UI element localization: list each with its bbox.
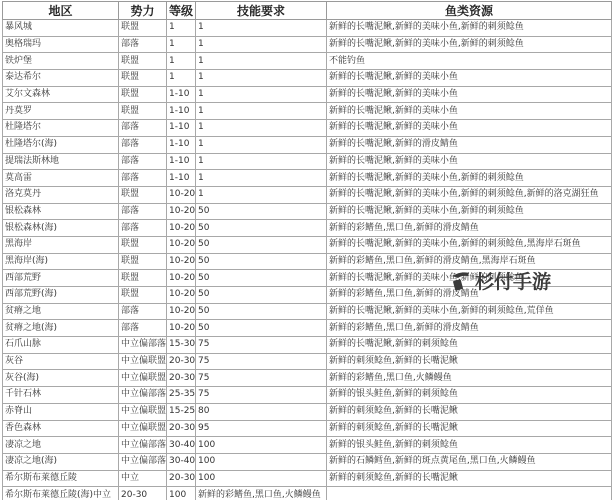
table-row: 凄凉之地中立偏部落30-40100新鲜的银头鲑鱼,新鲜的刺须鲶鱼	[3, 437, 612, 454]
cell-region: 凄凉之地	[3, 437, 119, 454]
cell-region: 丹莫罗	[3, 103, 119, 120]
cell-level: 10-20	[167, 186, 196, 203]
cell-fish: 新鲜的长嘴泥鳅,新鲜的美味小鱼	[327, 120, 612, 137]
cell-level: 1	[167, 36, 196, 53]
table-row: 香色森林中立偏联盟20-3095新鲜的刺须鲶鱼,新鲜的长嘴泥鳅	[3, 420, 612, 437]
cell-level: 1-10	[167, 170, 196, 187]
cell-level: 25-35	[167, 387, 196, 404]
cell-fish: 不能钓鱼	[327, 53, 612, 70]
cell-level: 1	[167, 70, 196, 87]
cell-fish: 新鲜的长嘴泥鳅,新鲜的美味小鱼,新鲜的刺须鲶鱼	[327, 36, 612, 53]
cell-level: 1-10	[167, 153, 196, 170]
cell-fish: 新鲜的刺须鲶鱼,新鲜的长嘴泥鳅	[327, 353, 612, 370]
cell-faction: 联盟	[119, 103, 167, 120]
cell-region: 西部荒野(海)	[3, 287, 119, 304]
cell-faction: 联盟	[119, 253, 167, 270]
cell-faction: 部落	[119, 136, 167, 153]
cell-skill: 1	[196, 20, 327, 37]
cell-skill: 50	[196, 236, 327, 253]
cell-level: 10-20	[167, 287, 196, 304]
cell-region: 银松森林	[3, 203, 119, 220]
cell-fish: 新鲜的长嘴泥鳅,新鲜的美味小鱼,新鲜的刺须鲶鱼,新鲜的洛克湖狂鱼	[327, 186, 612, 203]
header-level: 等级	[167, 2, 196, 20]
cell-faction: 联盟	[119, 86, 167, 103]
cell-fish: 新鲜的石鳞鳕鱼,新鲜的斑点黄尾鱼,黑口鱼,火鳞鳗鱼	[327, 453, 612, 470]
table-row: 灰谷(海)中立偏联盟20-3075新鲜的彩鳍鱼,黑口鱼,火鳞鳗鱼	[3, 370, 612, 387]
cell-fish: 新鲜的长嘴泥鳅,新鲜的美味小鱼	[327, 153, 612, 170]
cell-fish: 新鲜的刺须鲶鱼,新鲜的长嘴泥鳅	[327, 420, 612, 437]
cell-fish: 新鲜的长嘴泥鳅,新鲜的滑皮鲭鱼	[327, 136, 612, 153]
cell-faction: 部落	[119, 203, 167, 220]
table-row: 莫高雷部落1-101新鲜的长嘴泥鳅,新鲜的美味小鱼,新鲜的刺须鲶鱼	[3, 170, 612, 187]
cell-faction: 部落	[119, 220, 167, 237]
table-row: 千针石林中立偏部落25-3575新鲜的银头鲑鱼,新鲜的刺须鲶鱼	[3, 387, 612, 404]
cell-fish: 新鲜的彩鳍鱼,黑口鱼,火鳞鳗鱼	[327, 370, 612, 387]
cell-region: 千针石林	[3, 387, 119, 404]
cell-faction: 联盟	[119, 287, 167, 304]
cell-faction: 联盟	[119, 236, 167, 253]
cell-fish: 新鲜的银头鲑鱼,新鲜的刺须鲶鱼	[327, 387, 612, 404]
table-row: 杜隆塔尔部落1-101新鲜的长嘴泥鳅,新鲜的美味小鱼	[3, 120, 612, 137]
cell-skill: 50	[196, 303, 327, 320]
cell-level: 10-20	[167, 303, 196, 320]
cell-skill: 80	[196, 403, 327, 420]
cell-faction: 中立	[119, 470, 167, 487]
cell-fish: 新鲜的彩鳍鱼,黑口鱼,新鲜的滑皮鲭鱼	[327, 287, 612, 304]
cell-skill: 1	[196, 153, 327, 170]
cell-skill: 50	[196, 320, 327, 337]
cell-skill: 100	[196, 470, 327, 487]
cell-region: 暴风城	[3, 20, 119, 37]
table-row: 西部荒野联盟10-2050新鲜的长嘴泥鳅,新鲜的美味小鱼,新鲜的刺须鲶鱼	[3, 270, 612, 287]
cell-fish: 新鲜的长嘴泥鳅,新鲜的美味小鱼,新鲜的刺须鲶鱼	[327, 20, 612, 37]
cell-level: 100	[167, 487, 196, 500]
cell-skill: 50	[196, 253, 327, 270]
cell-faction: 中立偏联盟	[119, 403, 167, 420]
cell-level: 20-30	[167, 353, 196, 370]
cell-faction: 部落	[119, 120, 167, 137]
cell-skill: 75	[196, 337, 327, 354]
cell-level: 15-25	[167, 403, 196, 420]
fishing-resources-table: 地区 势力 等级 技能要求 鱼类资源 暴风城联盟11新鲜的长嘴泥鳅,新鲜的美味小…	[2, 1, 612, 500]
cell-skill: 1	[196, 186, 327, 203]
cell-region: 提瑞法斯林地	[3, 153, 119, 170]
cell-region: 希尔斯布莱德丘陵(海)中立	[3, 487, 119, 500]
cell-region: 洛克莫丹	[3, 186, 119, 203]
cell-faction: 中立偏联盟	[119, 353, 167, 370]
cell-region: 铁炉堡	[3, 53, 119, 70]
cell-skill: 1	[196, 70, 327, 87]
cell-fish: 新鲜的银头鲑鱼,新鲜的刺须鲶鱼	[327, 437, 612, 454]
cell-level: 30-40	[167, 437, 196, 454]
cell-faction: 部落	[119, 320, 167, 337]
table-row: 丹莫罗联盟1-101新鲜的长嘴泥鳅,新鲜的美味小鱼	[3, 103, 612, 120]
table-row: 泰达希尔联盟11新鲜的长嘴泥鳅,新鲜的美味小鱼	[3, 70, 612, 87]
cell-level: 1	[167, 53, 196, 70]
cell-region: 赤脊山	[3, 403, 119, 420]
cell-fish: 新鲜的刺须鲶鱼,新鲜的长嘴泥鳅	[327, 470, 612, 487]
cell-fish: 新鲜的彩鳍鱼,黑口鱼,新鲜的滑皮鲭鱼,黑海岸石斑鱼	[327, 253, 612, 270]
cell-level: 10-20	[167, 220, 196, 237]
table-row: 奥格瑞玛部落11新鲜的长嘴泥鳅,新鲜的美味小鱼,新鲜的刺须鲶鱼	[3, 36, 612, 53]
cell-region: 杜隆塔尔	[3, 120, 119, 137]
table-row: 贫瘠之地部落10-2050新鲜的长嘴泥鳅,新鲜的美味小鱼,新鲜的刺须鲶鱼,荒佯鱼	[3, 303, 612, 320]
cell-level: 10-20	[167, 236, 196, 253]
cell-fish: 新鲜的彩鳍鱼,黑口鱼,新鲜的滑皮鲭鱼	[327, 220, 612, 237]
cell-fish: 新鲜的长嘴泥鳅,新鲜的美味小鱼,新鲜的刺须鲶鱼	[327, 203, 612, 220]
cell-faction: 20-30	[119, 487, 167, 500]
header-region: 地区	[3, 2, 119, 20]
cell-skill: 1	[196, 120, 327, 137]
cell-skill: 50	[196, 287, 327, 304]
cell-faction: 部落	[119, 170, 167, 187]
cell-region: 泰达希尔	[3, 70, 119, 87]
cell-faction: 联盟	[119, 186, 167, 203]
cell-region: 西部荒野	[3, 270, 119, 287]
cell-level: 1-10	[167, 86, 196, 103]
cell-fish: 新鲜的长嘴泥鳅,新鲜的美味小鱼,新鲜的刺须鲶鱼	[327, 170, 612, 187]
cell-region: 石爪山脉	[3, 337, 119, 354]
cell-fish: 新鲜的长嘴泥鳅,新鲜的美味小鱼	[327, 103, 612, 120]
cell-region: 希尔斯布莱德丘陵	[3, 470, 119, 487]
table-row: 银松森林部落10-2050新鲜的长嘴泥鳅,新鲜的美味小鱼,新鲜的刺须鲶鱼	[3, 203, 612, 220]
table-row: 贫瘠之地(海)部落10-2050新鲜的彩鳍鱼,黑口鱼,新鲜的滑皮鲭鱼	[3, 320, 612, 337]
cell-skill: 1	[196, 170, 327, 187]
cell-faction: 联盟	[119, 270, 167, 287]
cell-skill: 1	[196, 86, 327, 103]
cell-fish: 新鲜的长嘴泥鳅,新鲜的刺须鲶鱼	[327, 337, 612, 354]
header-faction: 势力	[119, 2, 167, 20]
header-fish: 鱼类资源	[327, 2, 612, 20]
cell-faction: 中立偏联盟	[119, 370, 167, 387]
cell-faction: 联盟	[119, 70, 167, 87]
table-row: 凄凉之地(海)中立偏部落30-40100新鲜的石鳞鳕鱼,新鲜的斑点黄尾鱼,黑口鱼…	[3, 453, 612, 470]
table-row: 暴风城联盟11新鲜的长嘴泥鳅,新鲜的美味小鱼,新鲜的刺须鲶鱼	[3, 20, 612, 37]
cell-fish: 新鲜的长嘴泥鳅,新鲜的美味小鱼	[327, 70, 612, 87]
table-row: 灰谷中立偏联盟20-3075新鲜的刺须鲶鱼,新鲜的长嘴泥鳅	[3, 353, 612, 370]
cell-level: 15-30	[167, 337, 196, 354]
cell-region: 奥格瑞玛	[3, 36, 119, 53]
cell-skill: 100	[196, 437, 327, 454]
cell-region: 贫瘠之地	[3, 303, 119, 320]
cell-faction: 中立偏部落	[119, 387, 167, 404]
table-header-row: 地区 势力 等级 技能要求 鱼类资源	[3, 2, 612, 20]
table-row: 铁炉堡联盟11不能钓鱼	[3, 53, 612, 70]
cell-level: 1-10	[167, 120, 196, 137]
cell-skill: 1	[196, 36, 327, 53]
cell-level: 10-20	[167, 253, 196, 270]
cell-level: 30-40	[167, 453, 196, 470]
cell-skill: 1	[196, 103, 327, 120]
cell-faction: 中立偏部落	[119, 437, 167, 454]
table-row: 希尔斯布莱德丘陵(海)中立20-30100新鲜的彩鳍鱼,黑口鱼,火鳞鳗鱼	[3, 487, 612, 500]
cell-region: 黑海岸(海)	[3, 253, 119, 270]
cell-fish: 新鲜的长嘴泥鳅,新鲜的美味小鱼,新鲜的刺须鲶鱼,荒佯鱼	[327, 303, 612, 320]
table-row: 希尔斯布莱德丘陵中立20-30100新鲜的刺须鲶鱼,新鲜的长嘴泥鳅	[3, 470, 612, 487]
cell-faction: 联盟	[119, 53, 167, 70]
cell-skill: 50	[196, 203, 327, 220]
cell-faction: 联盟	[119, 20, 167, 37]
cell-fish: 新鲜的长嘴泥鳅,新鲜的美味小鱼,新鲜的刺须鲶鱼	[327, 270, 612, 287]
cell-faction: 部落	[119, 303, 167, 320]
cell-region: 凄凉之地(海)	[3, 453, 119, 470]
cell-level: 10-20	[167, 320, 196, 337]
cell-region: 银松森林(海)	[3, 220, 119, 237]
cell-fish: 新鲜的刺须鲶鱼,新鲜的长嘴泥鳅	[327, 403, 612, 420]
cell-fish: 新鲜的长嘴泥鳅,新鲜的美味小鱼	[327, 86, 612, 103]
cell-level: 10-20	[167, 203, 196, 220]
cell-faction: 部落	[119, 36, 167, 53]
cell-skill: 1	[196, 53, 327, 70]
cell-region: 黑海岸	[3, 236, 119, 253]
table-row: 黑海岸联盟10-2050新鲜的长嘴泥鳅,新鲜的美味小鱼,新鲜的刺须鲶鱼,黑海岸石…	[3, 236, 612, 253]
cell-level: 20-30	[167, 370, 196, 387]
cell-skill: 75	[196, 370, 327, 387]
table-row: 石爪山脉中立偏部落15-3075新鲜的长嘴泥鳅,新鲜的刺须鲶鱼	[3, 337, 612, 354]
cell-fish	[327, 487, 612, 500]
cell-level: 1	[167, 20, 196, 37]
cell-skill: 75	[196, 353, 327, 370]
table-row: 杜隆塔尔(海)部落1-101新鲜的长嘴泥鳅,新鲜的滑皮鲭鱼	[3, 136, 612, 153]
table-row: 银松森林(海)部落10-2050新鲜的彩鳍鱼,黑口鱼,新鲜的滑皮鲭鱼	[3, 220, 612, 237]
cell-level: 10-20	[167, 270, 196, 287]
cell-skill: 75	[196, 387, 327, 404]
table-row: 洛克莫丹联盟10-201新鲜的长嘴泥鳅,新鲜的美味小鱼,新鲜的刺须鲶鱼,新鲜的洛…	[3, 186, 612, 203]
cell-region: 贫瘠之地(海)	[3, 320, 119, 337]
cell-skill: 100	[196, 453, 327, 470]
cell-fish: 新鲜的彩鳍鱼,黑口鱼,新鲜的滑皮鲭鱼	[327, 320, 612, 337]
cell-region: 灰谷(海)	[3, 370, 119, 387]
header-skill: 技能要求	[196, 2, 327, 20]
table-row: 黑海岸(海)联盟10-2050新鲜的彩鳍鱼,黑口鱼,新鲜的滑皮鲭鱼,黑海岸石斑鱼	[3, 253, 612, 270]
cell-level: 20-30	[167, 420, 196, 437]
cell-level: 1-10	[167, 103, 196, 120]
cell-skill: 95	[196, 420, 327, 437]
cell-region: 杜隆塔尔(海)	[3, 136, 119, 153]
cell-region: 艾尔文森林	[3, 86, 119, 103]
cell-skill: 50	[196, 220, 327, 237]
cell-skill: 50	[196, 270, 327, 287]
cell-level: 20-30	[167, 470, 196, 487]
table-row: 西部荒野(海)联盟10-2050新鲜的彩鳍鱼,黑口鱼,新鲜的滑皮鲭鱼	[3, 287, 612, 304]
cell-faction: 部落	[119, 153, 167, 170]
cell-faction: 中立偏联盟	[119, 420, 167, 437]
cell-level: 1-10	[167, 136, 196, 153]
cell-faction: 中立偏部落	[119, 337, 167, 354]
cell-region: 莫高雷	[3, 170, 119, 187]
table-row: 艾尔文森林联盟1-101新鲜的长嘴泥鳅,新鲜的美味小鱼	[3, 86, 612, 103]
cell-region: 香色森林	[3, 420, 119, 437]
cell-faction: 中立偏部落	[119, 453, 167, 470]
table-row: 提瑞法斯林地部落1-101新鲜的长嘴泥鳅,新鲜的美味小鱼	[3, 153, 612, 170]
cell-skill: 1	[196, 136, 327, 153]
table-row: 赤脊山中立偏联盟15-2580新鲜的刺须鲶鱼,新鲜的长嘴泥鳅	[3, 403, 612, 420]
cell-skill: 新鲜的彩鳍鱼,黑口鱼,火鳞鳗鱼	[196, 487, 327, 500]
cell-region: 灰谷	[3, 353, 119, 370]
cell-fish: 新鲜的长嘴泥鳅,新鲜的美味小鱼,新鲜的刺须鲶鱼,黑海岸石斑鱼	[327, 236, 612, 253]
